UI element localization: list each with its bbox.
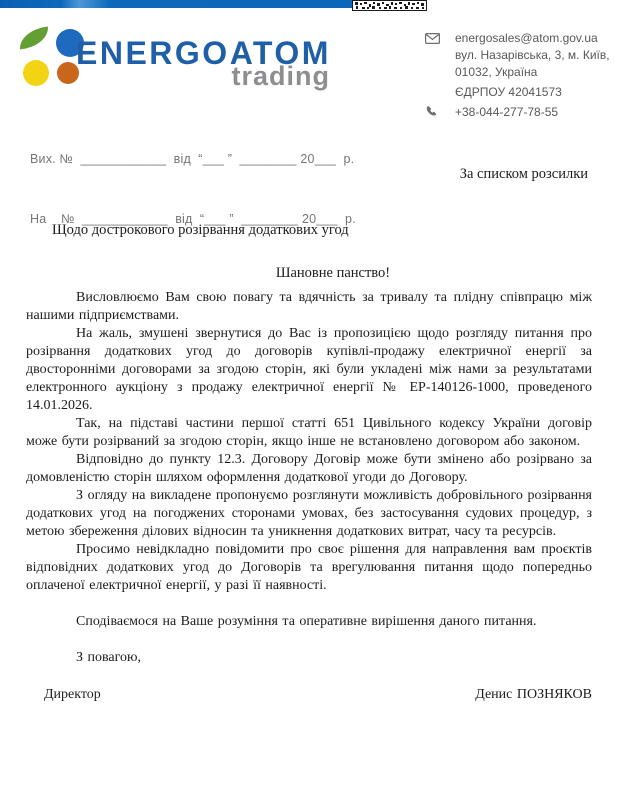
paragraph-4: Відповідно до пункту 12.3. Договору Дого… — [26, 451, 592, 487]
paragraph-2: На жаль, змушені звернутися до Вас із пр… — [26, 325, 592, 415]
paragraph-6: Просимо невідкладно повідомити про своє … — [26, 541, 592, 595]
brand-tagline: trading — [150, 63, 330, 90]
outgoing-ref-line: Вих. № ____________ від “___ ” ________ … — [30, 149, 356, 169]
signature-row: Директор Денис ПОЗНЯКОВ — [26, 686, 592, 704]
subject-line: Щодо дострокового розірвання додаткових … — [52, 222, 349, 239]
phone-icon — [425, 104, 455, 121]
contact-registry: ЄДРПОУ 42041573 — [425, 84, 615, 101]
paragraph-1: Висловлюємо Вам свою повагу та вдячність… — [26, 289, 592, 325]
hope-line: Сподіваємося на Ваше розуміння та операт… — [26, 613, 592, 631]
qr-stamp-fragment — [352, 0, 427, 11]
signer-name: Денис ПОЗНЯКОВ — [475, 686, 592, 704]
letter-body: Висловлюємо Вам свою повагу та вдячність… — [26, 289, 592, 704]
signer-title: Директор — [44, 686, 101, 704]
contact-email: energosales@atom.gov.ua — [455, 30, 598, 47]
paragraph-5: З огляду на викладене пропонуємо розглян… — [26, 487, 592, 541]
addressee-line: За списком розсилки — [460, 166, 588, 183]
valediction: З повагою, — [26, 649, 592, 667]
contact-phone-row: +38-044-277-78-55 — [425, 104, 615, 121]
logo-leaf-icon — [18, 26, 50, 49]
contact-email-row: energosales@atom.gov.ua — [425, 30, 615, 47]
letterhead-top-bar — [0, 0, 379, 8]
paragraph-3: Так, на підставі частини першої статті 6… — [26, 415, 592, 451]
logo-yellow-dot-icon — [23, 60, 49, 86]
contact-phone: +38-044-277-78-55 — [455, 104, 558, 121]
envelope-icon — [425, 30, 455, 47]
contact-block: energosales@atom.gov.ua вул. Назарівська… — [425, 30, 615, 121]
salutation: Шановне панство! — [26, 265, 592, 282]
contact-address-line1: вул. Назарівська, 3, м. Київ, — [425, 47, 615, 64]
contact-address-line2: 01032, Україна — [425, 64, 615, 81]
